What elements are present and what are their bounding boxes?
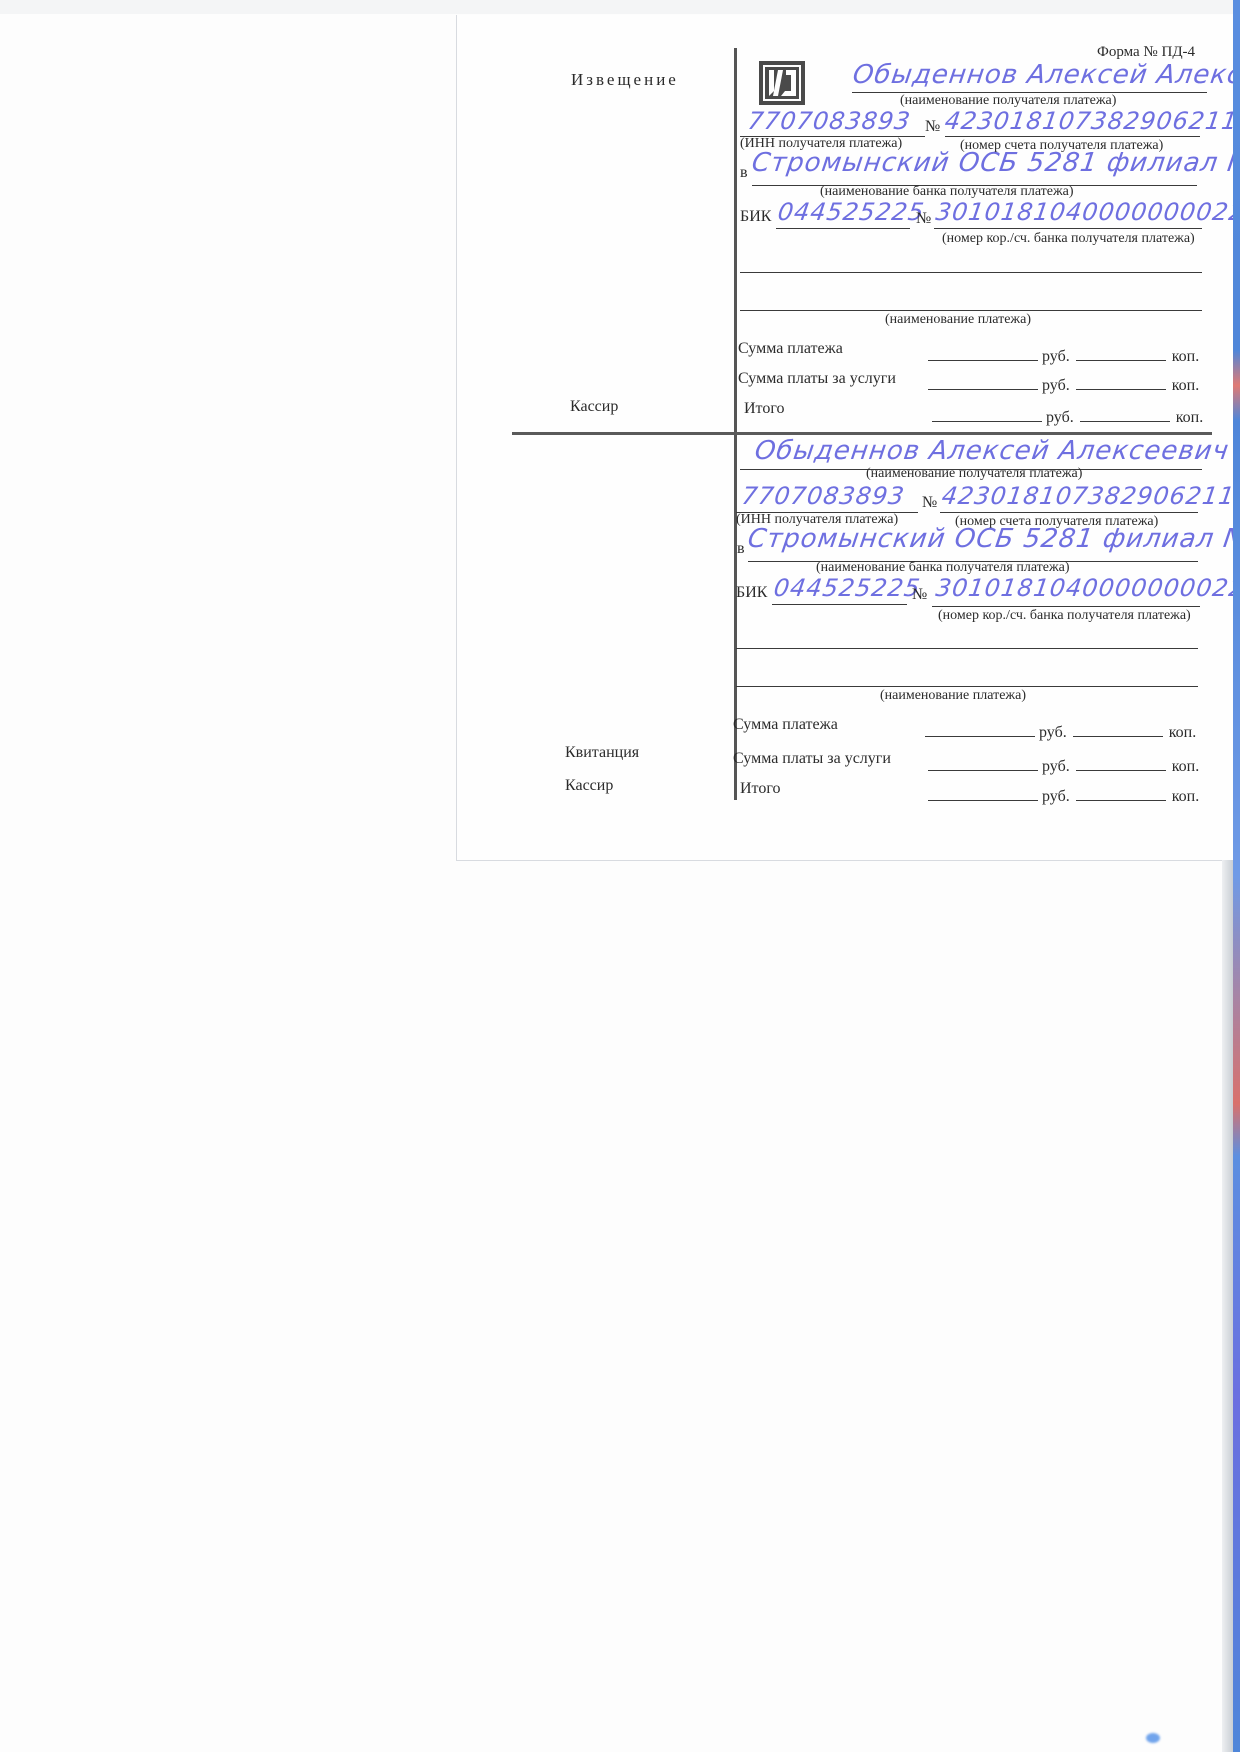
notice-receipt-divider xyxy=(512,432,1212,435)
receipt-bik-label: БИК xyxy=(736,584,767,602)
receipt-bik-value: 044525225 xyxy=(772,574,922,602)
service-fee-kop-field[interactable] xyxy=(1076,375,1166,390)
receipt-total-kop-field[interactable] xyxy=(1076,786,1166,801)
receipt-service-fee-rub-field[interactable] xyxy=(928,756,1038,771)
kop-label: коп. xyxy=(1172,758,1200,775)
scan-edge-shadow xyxy=(1222,860,1233,1752)
rub-label: руб. xyxy=(1042,788,1070,805)
receipt-payment-name-line-1 xyxy=(736,648,1198,649)
receipt-bank-in-prefix: в xyxy=(737,540,745,558)
notice-label: Извещение xyxy=(571,70,679,90)
receipt-account-line xyxy=(940,512,1198,513)
rub-label: руб. xyxy=(1042,758,1070,775)
receipt-service-fee-row: Сумма платы за услуги xyxy=(733,750,891,768)
receipt-corr-account-number-sign: № xyxy=(912,586,927,604)
corr-account-number-sign: № xyxy=(916,210,931,228)
receipt-bank-name-value: Стромынский ОСБ 5281 филиал N0556 xyxy=(746,524,1240,554)
corr-account-caption: (номер кор./сч. банка получателя платежа… xyxy=(942,231,1195,247)
kop-label: коп. xyxy=(1172,348,1200,365)
account-line xyxy=(945,136,1200,137)
recipient-name-value: Обыденнов Алексей Алексеевич xyxy=(851,60,1240,90)
payment-name-line-1 xyxy=(740,272,1202,273)
receipt-account-number-sign: № xyxy=(922,494,937,512)
receipt-payment-name-line-2 xyxy=(736,686,1198,687)
kop-label: коп. xyxy=(1172,788,1200,805)
payment-sum-fields: руб.коп. xyxy=(928,346,1199,366)
inn-value: 7707083893 xyxy=(746,107,913,135)
corr-account-value: 30101810400000000225 xyxy=(934,198,1240,226)
account-number-sign: № xyxy=(925,118,940,136)
sberbank-logo-icon xyxy=(759,61,805,105)
receipt-service-fee-label: Сумма платы за услуги xyxy=(733,750,891,767)
service-fee-fields: руб.коп. xyxy=(928,375,1199,395)
bik-label: БИК xyxy=(740,208,771,226)
payment-name-line-2 xyxy=(740,310,1202,311)
kop-label: коп. xyxy=(1172,377,1200,394)
receipt-payment-sum-fields: руб.коп. xyxy=(925,722,1196,742)
service-fee-rub-field[interactable] xyxy=(928,375,1038,390)
receipt-payment-sum-rub-field[interactable] xyxy=(925,722,1035,737)
account-value: 42301810738290621103 xyxy=(943,107,1240,135)
receipt-label: Квитанция xyxy=(565,744,639,762)
total-rub-field[interactable] xyxy=(932,407,1042,422)
rub-label: руб. xyxy=(1046,409,1074,426)
scan-top-shade xyxy=(0,0,1240,14)
receipt-total-label: Итого xyxy=(740,780,781,797)
form-vertical-divider-top xyxy=(734,48,737,434)
scan-colored-edge xyxy=(1233,0,1240,1752)
payment-sum-row: Сумма платежа xyxy=(738,340,843,358)
receipt-payment-name-caption: (наименование платежа) xyxy=(880,688,1026,704)
receipt-payment-sum-row: Сумма платежа xyxy=(733,716,838,734)
kop-label: коп. xyxy=(1176,409,1204,426)
service-fee-row: Сумма платы за услуги xyxy=(738,370,896,388)
bank-in-prefix: в xyxy=(740,164,748,182)
total-fields: руб.коп. xyxy=(932,407,1203,427)
payment-name-caption: (наименование платежа) xyxy=(885,312,1031,328)
receipt-payment-sum-label: Сумма платежа xyxy=(733,716,838,733)
form-vertical-divider-bottom xyxy=(734,434,737,800)
bik-line xyxy=(776,228,910,229)
receipt-total-fields: руб.коп. xyxy=(928,786,1199,806)
rub-label: руб. xyxy=(1039,724,1067,741)
receipt-service-fee-fields: руб.коп. xyxy=(928,756,1199,776)
total-row: Итого xyxy=(744,400,785,418)
total-kop-field[interactable] xyxy=(1080,407,1170,422)
receipt-account-value: 42301810738290621103 xyxy=(940,482,1240,510)
receipt-payment-sum-kop-field[interactable] xyxy=(1073,722,1163,737)
total-label: Итого xyxy=(744,400,785,417)
payment-sum-label: Сумма платежа xyxy=(738,340,843,357)
receipt-recipient-name-value: Обыденнов Алексей Алексеевич xyxy=(753,436,1231,466)
receipt-total-rub-field[interactable] xyxy=(928,786,1038,801)
receipt-service-fee-kop-field[interactable] xyxy=(1076,756,1166,771)
bank-name-value: Стромынский ОСБ 5281 филиал N0556 xyxy=(750,148,1240,178)
ink-blot xyxy=(1146,1733,1160,1743)
payment-sum-kop-field[interactable] xyxy=(1076,346,1166,361)
form-number: Форма № ПД-4 xyxy=(1097,44,1195,61)
corr-account-line xyxy=(934,228,1202,229)
bik-value: 044525225 xyxy=(776,198,926,226)
rub-label: руб. xyxy=(1042,348,1070,365)
receipt-corr-account-value: 30101810400000000225 xyxy=(934,574,1240,602)
cashier-label-top: Кассир xyxy=(570,398,618,416)
receipt-recipient-name-caption: (наименование получателя платежа) xyxy=(866,466,1082,482)
rub-label: руб. xyxy=(1042,377,1070,394)
receipt-total-row: Итого xyxy=(740,780,781,798)
receipt-cashier-label: Кассир xyxy=(565,777,613,795)
kop-label: коп. xyxy=(1169,724,1197,741)
receipt-corr-account-caption: (номер кор./сч. банка получателя платежа… xyxy=(938,608,1191,624)
payment-sum-rub-field[interactable] xyxy=(928,346,1038,361)
receipt-inn-value: 7707083893 xyxy=(740,482,907,510)
receipt-bik-line xyxy=(772,604,907,605)
receipt-corr-account-line xyxy=(932,606,1200,607)
service-fee-label: Сумма платы за услуги xyxy=(738,370,896,387)
